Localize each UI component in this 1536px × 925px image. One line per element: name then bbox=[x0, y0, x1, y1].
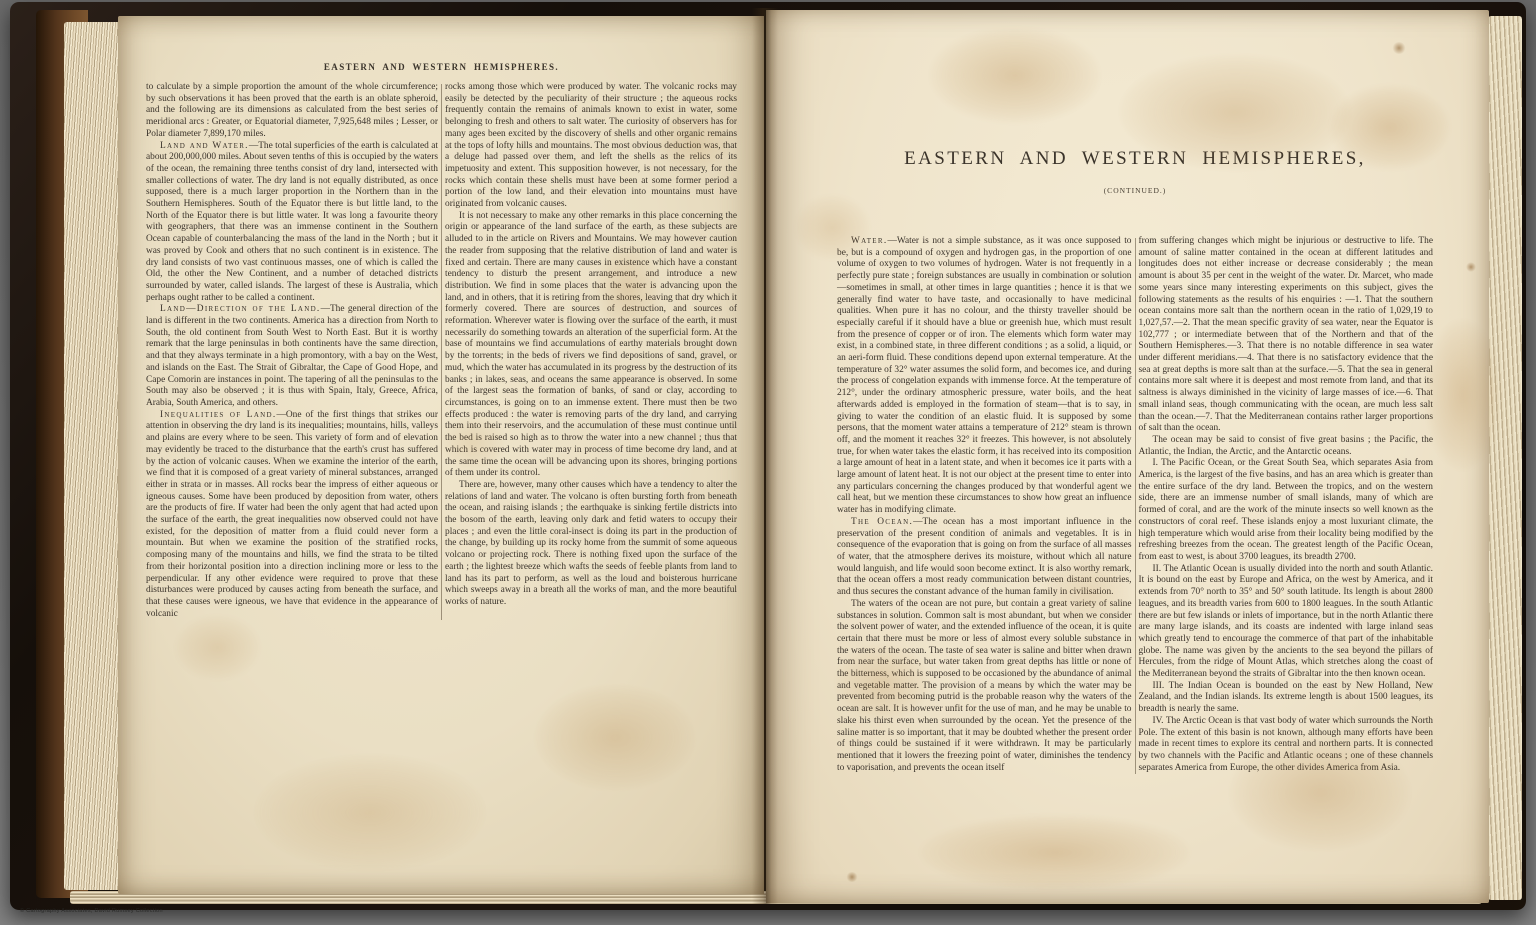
paragraph: I. The Pacific Ocean, or the Great South… bbox=[1139, 458, 1434, 563]
paragraph: Inequalities of Land.—One of the first t… bbox=[146, 410, 438, 621]
paragraph: It is not necessary to make any other re… bbox=[445, 211, 737, 480]
paragraph-lead: The Ocean. bbox=[851, 517, 913, 527]
paragraph: rocks among those which were produced by… bbox=[445, 82, 737, 211]
paragraph-lead: Inequalities of Land. bbox=[160, 410, 277, 420]
page-subtitle: (CONTINUED.) bbox=[837, 186, 1433, 195]
right-page: EASTERN AND WESTERN HEMISPHERES, (CONTIN… bbox=[766, 10, 1489, 903]
paragraph-lead: Water. bbox=[851, 236, 888, 246]
paragraph: from suffering changes which might be in… bbox=[1139, 236, 1434, 435]
running-head: EASTERN AND WESTERN HEMISPHERES. bbox=[146, 62, 737, 72]
paragraph: There are, however, many other causes wh… bbox=[445, 480, 737, 609]
paragraph: II. The Atlantic Ocean is usually divide… bbox=[1139, 564, 1434, 681]
right-page-columns: Water.—Water is not a simple substance, … bbox=[837, 236, 1433, 774]
paragraph: Land—Direction of the Land.—The general … bbox=[146, 304, 438, 409]
column-rule bbox=[441, 84, 442, 620]
left-page: EASTERN AND WESTERN HEMISPHERES. to calc… bbox=[118, 16, 764, 894]
page-edges-right bbox=[1488, 16, 1522, 900]
page-title: EASTERN AND WESTERN HEMISPHERES, bbox=[837, 148, 1433, 170]
right-page-content: EASTERN AND WESTERN HEMISPHERES, (CONTIN… bbox=[766, 10, 1489, 774]
paragraph: Water.—Water is not a simple substance, … bbox=[837, 236, 1132, 517]
left-page-column-1: to calculate by a simple proportion the … bbox=[146, 82, 438, 620]
paragraph-lead: Land—Direction of the Land. bbox=[160, 304, 321, 314]
paragraph: The ocean may be said to consist of five… bbox=[1139, 435, 1434, 458]
paragraph: The waters of the ocean are not pure, bu… bbox=[837, 599, 1132, 775]
book-scan-scene: EASTERN AND WESTERN HEMISPHERES. to calc… bbox=[0, 0, 1536, 925]
left-page-content: EASTERN AND WESTERN HEMISPHERES. to calc… bbox=[118, 16, 764, 620]
paragraph: Land and Water.—The total superficies of… bbox=[146, 141, 438, 305]
paragraph: The Ocean.—The ocean has a most importan… bbox=[837, 517, 1132, 599]
left-page-column-2: rocks among those which were produced by… bbox=[445, 82, 737, 620]
paragraph: III. The Indian Ocean is bounded on the … bbox=[1139, 681, 1434, 716]
column-rule bbox=[1135, 238, 1136, 774]
paragraph-lead: Land and Water. bbox=[160, 141, 249, 151]
left-page-columns: to calculate by a simple proportion the … bbox=[146, 82, 737, 620]
paragraph: to calculate by a simple proportion the … bbox=[146, 82, 438, 141]
collection-watermark: © Cartography Associates, David Rumsey C… bbox=[20, 908, 163, 914]
paragraph: IV. The Arctic Ocean is that vast body o… bbox=[1139, 716, 1434, 775]
page-edges-left bbox=[64, 22, 122, 890]
right-page-column-2: from suffering changes which might be in… bbox=[1139, 236, 1434, 774]
right-page-column-1: Water.—Water is not a simple substance, … bbox=[837, 236, 1132, 774]
